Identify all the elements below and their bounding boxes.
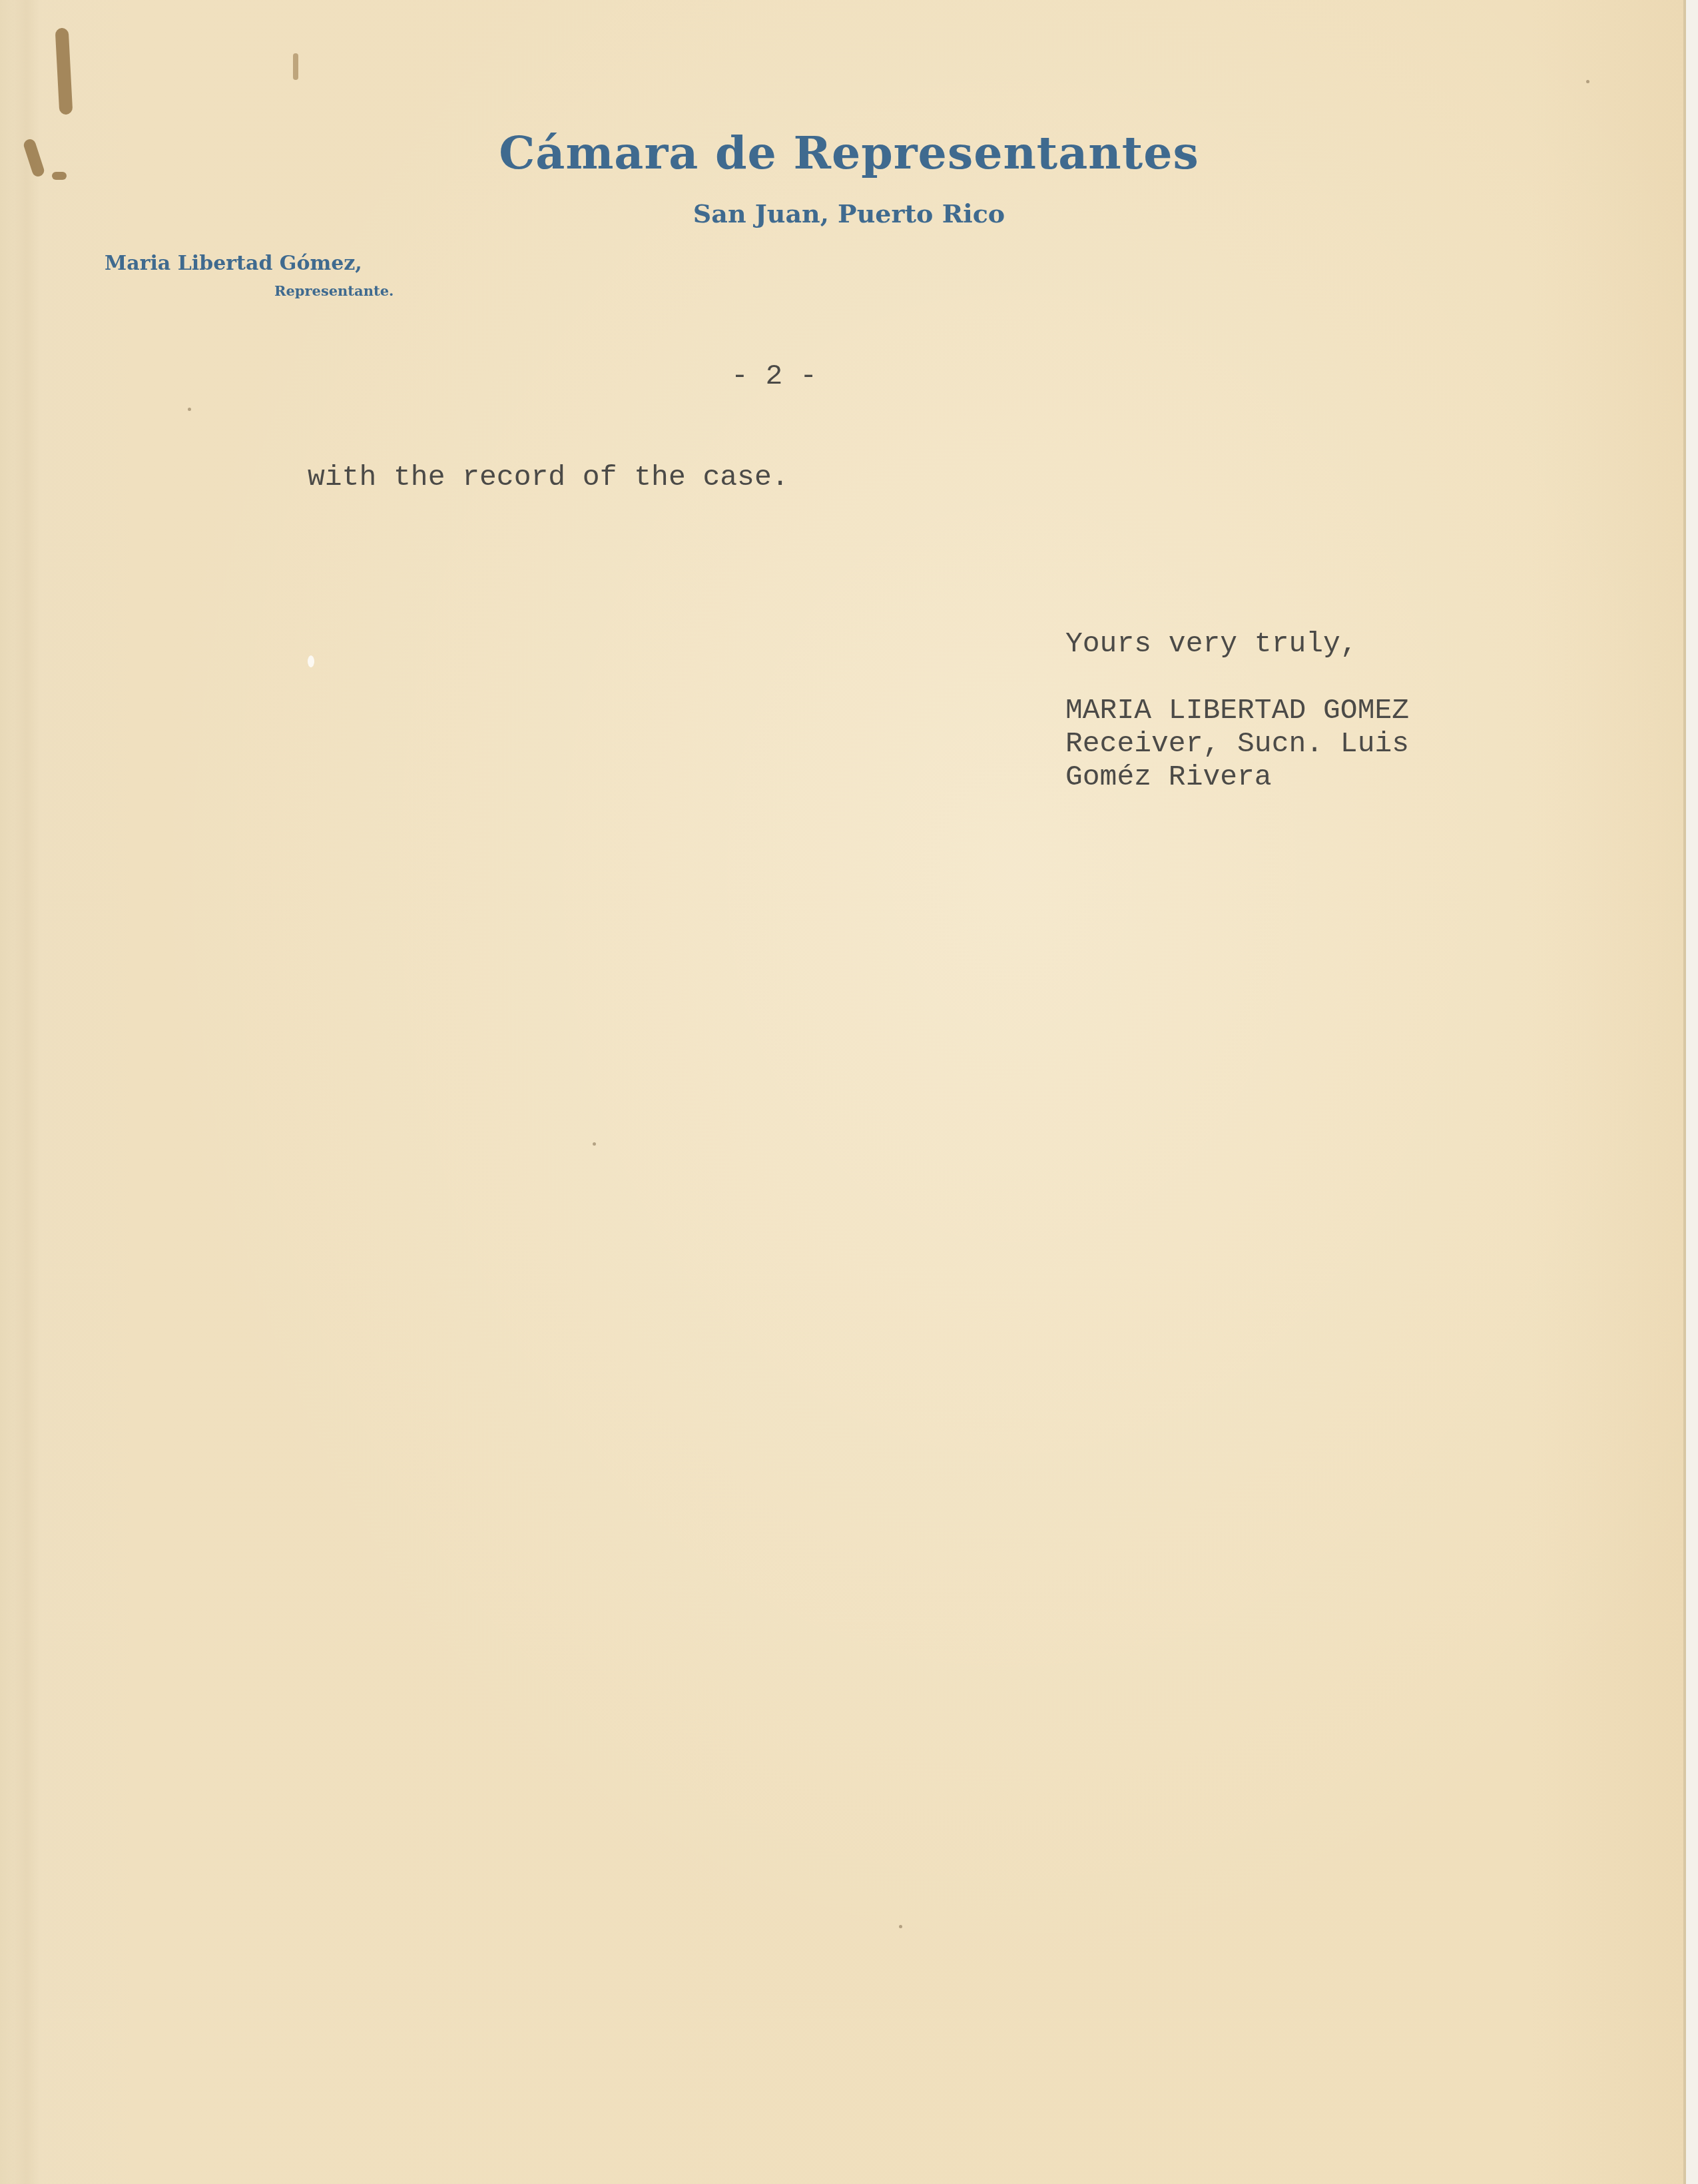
representative-title: Representante. bbox=[274, 282, 394, 299]
signatory-role-continued: Goméz Rivera bbox=[1065, 761, 1272, 794]
paper-speck bbox=[188, 408, 191, 411]
paper-edge bbox=[1683, 0, 1686, 2184]
signatory-role: Receiver, Sucn. Luis bbox=[1065, 727, 1409, 761]
paper-sheet bbox=[0, 0, 1686, 2184]
page-number: - 2 - bbox=[731, 360, 817, 393]
representative-name: Maria Libertad Gómez, bbox=[105, 252, 362, 275]
paper-speck bbox=[899, 1925, 902, 1928]
body-text-line: with the record of the case. bbox=[308, 461, 789, 494]
paper-fold-shadow bbox=[13, 0, 40, 2184]
paper-speck bbox=[308, 655, 314, 667]
paper-speck bbox=[1586, 80, 1589, 83]
signatory-name: MARIA LIBERTAD GOMEZ bbox=[1065, 694, 1409, 727]
rust-stain bbox=[293, 53, 298, 80]
letterhead-location: San Juan, Puerto Rico bbox=[0, 198, 1698, 228]
paper-speck bbox=[593, 1142, 596, 1146]
closing-salutation: Yours very truly, bbox=[1065, 627, 1358, 661]
letterhead-title: Cámara de Representantes bbox=[0, 127, 1698, 180]
